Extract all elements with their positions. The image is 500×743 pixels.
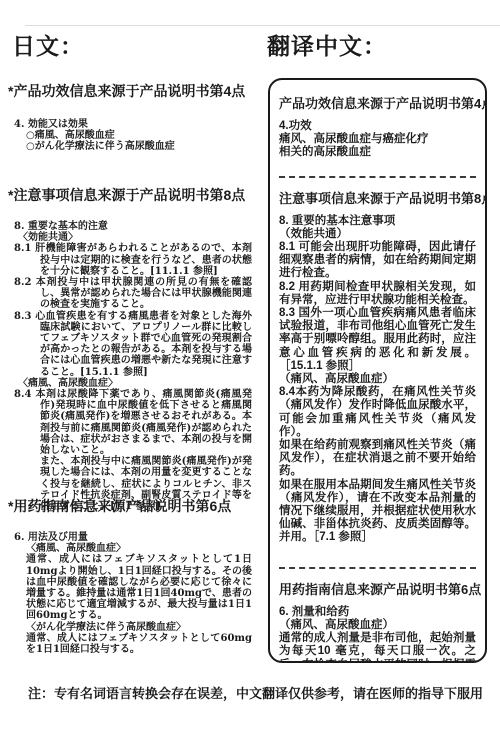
cn-section6-header: 用药指南信息来源产品说明书第6点 xyxy=(279,579,476,598)
jp-sec6-paragraph: 通常、成人にはフェブキソスタットとして1日10mgより開始し、1日1回経口投与す… xyxy=(14,554,252,621)
jp-sec6-group-label: 〈がん化学療法に伴う高尿酸血症〉 xyxy=(14,622,252,633)
cn-section4-body: 4.功效 痛风、高尿酸血症与癌症化疗 相关的高尿酸血症 xyxy=(279,120,476,160)
jp-sec4-item: ○痛風、高尿酸血症 xyxy=(14,130,252,141)
jp-sec8-paragraph: 8.1 肝機能障害があらわれることがあるので、本剤投与中は定期的に検査を行うなど… xyxy=(14,243,252,277)
jp-sec6-paragraph: 通常、成人にはフェブキソスタットとして60mgを1日1回経口投与する。 xyxy=(14,633,252,655)
cn-sec6-line: 通常的成人剂量是非布司他，起始剂量为每天10 毫克，每天口服一次。之后，在检查血… xyxy=(279,632,476,663)
cn-sec8-line: 8.4本药为降尿酸药，在痛风性关节炎（痛风发作）发作时降低血尿酸水平，可能会加重… xyxy=(279,386,476,439)
disclaimer-note: 注：专有名词语言转换会存在误差，中文翻译仅供参考，请在医师的指导下服用 xyxy=(28,683,488,702)
jp-sec4-heading: 4. 効能又は効果 xyxy=(14,119,252,130)
cn-sec8-line: 8.2 用药期间检查甲状腺相关发现，如有异常，应进行甲状腺功能相关检查。 xyxy=(279,281,476,307)
dashed-divider xyxy=(279,567,476,569)
cn-sec8-line: （效能共通） xyxy=(279,228,476,241)
cn-sec6-line: （痛风、高尿酸血症） xyxy=(279,619,476,632)
cn-section4-header: 产品功效信息来源于产品说明书第4点 xyxy=(279,93,476,112)
cn-sec4-line: 相关的高尿酸血症 xyxy=(279,146,476,159)
translation-box: 产品功效信息来源于产品说明书第4点 4.功效 痛风、高尿酸血症与癌症化疗 相关的… xyxy=(268,78,487,663)
dashed-divider xyxy=(279,176,476,178)
cn-sec4-line: 4.功效 xyxy=(279,120,476,133)
cn-sec8-line: 如果在给药前观察到痛风性关节炎（痛风发作），在症状消退之前不要开始给药。 xyxy=(279,439,476,479)
cn-sec6-line: 6. 剂量和给药 xyxy=(279,606,476,619)
cn-sec8-line: 8. 重要的基本注意事项 xyxy=(279,215,476,228)
jp-section4-body: 4. 効能又は効果 ○痛風、高尿酸血症 ○がん化学療法に伴う高尿酸血症 xyxy=(14,119,252,153)
jp-sec8-paragraph: 8.4 本剤は尿酸降下薬であり、痛風関節炎(痛風発作)発現時に血中尿酸値を低下さ… xyxy=(14,389,252,456)
jp-section4-header: *产品功效信息来源于产品说明书第4点 xyxy=(8,81,256,101)
jp-section8-body: 8. 重要な基本的注意 〈効能共通〉 8.1 肝機能障害があらわれることがあるの… xyxy=(14,221,252,512)
cn-section6-body: 6. 剂量和给药 （痛风、高尿酸血症） 通常的成人剂量是非布司他，起始剂量为每天… xyxy=(279,606,476,663)
cn-sec8-line: 8.1 可能会出现肝功能障碍，因此请仔细观察患者的病情，如在给药期间定期进行检查… xyxy=(279,241,476,281)
jp-sec6-heading: 6. 用法及び用量 xyxy=(14,532,252,543)
jp-section8-header: *注意事项信息来源于产品说明书第8点 xyxy=(8,185,256,205)
document-page: 日文： 翻译中文： *产品功效信息来源于产品说明书第4点 4. 効能又は効果 ○… xyxy=(0,0,500,743)
jp-sec8-group-label: 〈痛風、高尿酸血症〉 xyxy=(14,378,252,389)
cn-sec8-line: 8.3 国外一项心血管疾病痛风患者临床试验报道，非布司他组心血管死亡发生率高于别… xyxy=(279,307,476,373)
chinese-column-title: 翻译中文： xyxy=(267,28,387,61)
jp-sec4-item: ○がん化学療法に伴う高尿酸血症 xyxy=(14,141,252,152)
jp-sec8-group-label: 〈効能共通〉 xyxy=(14,232,252,243)
jp-section6-body: 6. 用法及び用量 〈痛風、高尿酸血症〉 通常、成人にはフェブキソスタットとして… xyxy=(14,532,252,655)
cn-section8-header: 注意事项信息来源于产品说明书第8点 xyxy=(279,188,476,207)
japanese-column-title: 日文： xyxy=(12,28,84,61)
jp-sec8-heading: 8. 重要な基本的注意 xyxy=(14,221,252,232)
cn-section8-body: 8. 重要的基本注意事项 （效能共通） 8.1 可能会出现肝功能障碍，因此请仔细… xyxy=(279,215,476,545)
jp-sec8-paragraph: 8.2 本剤投与中は甲状腺関連の所見の有無を確認し、異常が認められた場合には甲状… xyxy=(14,277,252,311)
cn-sec8-line: （痛风、高尿酸血症） xyxy=(279,373,476,386)
jp-section6-header: *用药指南信息来源产品说明书第6点 xyxy=(8,496,256,516)
top-divider xyxy=(25,25,500,26)
cn-sec8-line: 如果在服用本品期间发生痛风性关节炎（痛风发作），请在不改变本品剂量的情况下继续服… xyxy=(279,479,476,545)
cn-sec4-line: 痛风、高尿酸血症与癌症化疗 xyxy=(279,133,476,146)
jp-sec6-group-label: 〈痛風、高尿酸血症〉 xyxy=(14,543,252,554)
jp-sec8-paragraph: 8.3 心血管疾患を有する痛風患者を対象とした海外臨床試験において、アロプリノー… xyxy=(14,311,252,378)
